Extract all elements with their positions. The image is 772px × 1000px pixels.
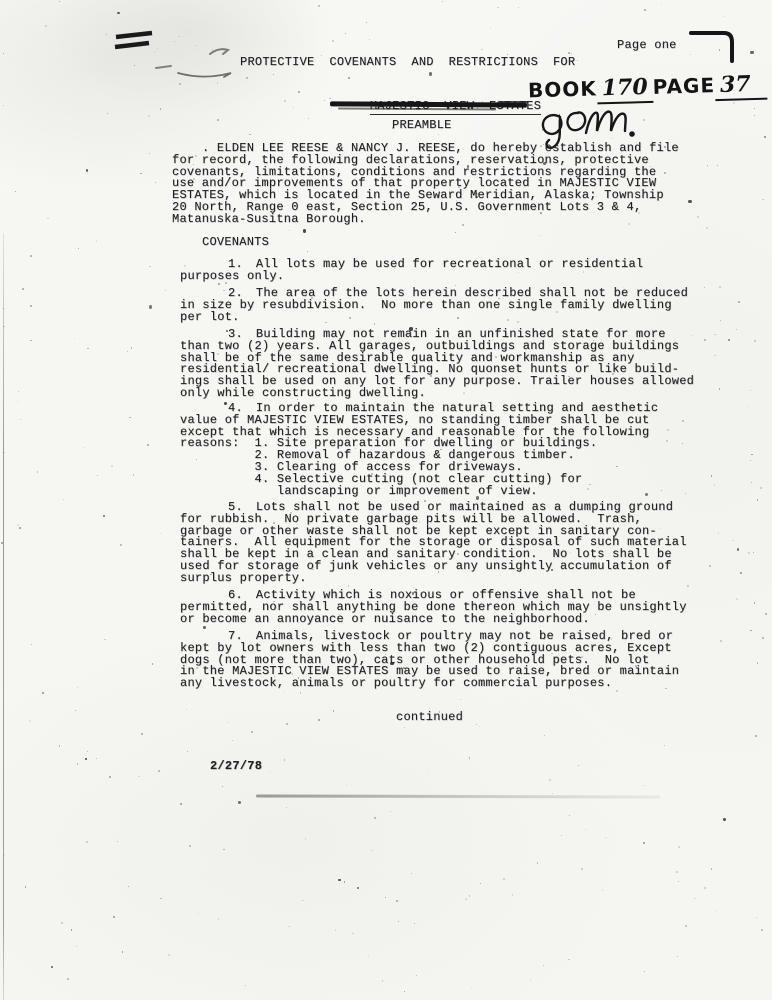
covenant-item-4: 4.In order to maintain the natural setti… [180, 403, 725, 497]
covenant-text: Activity which is noxious or offensive s… [180, 588, 687, 626]
covenants-heading: COVENANTS [202, 237, 269, 249]
covenant-text: Building may not remain in an unfinished… [180, 327, 694, 400]
book-page-stamp: BOOK170PAGE37 [528, 71, 767, 104]
covenant-item-1: 1.All lots may be used for recreational … [180, 259, 725, 283]
preamble-paragraph: . ELDEN LEE REESE & NANCY J. REESE, do h… [172, 143, 712, 226]
covenant-item-3: 3.Building may not remain in an unfinish… [180, 329, 725, 400]
corner-pen-mark [688, 24, 742, 68]
date-label: 2/27/78 [210, 761, 262, 773]
stamp-book-label: BOOK [528, 76, 597, 102]
stamp-book-value: 170 [596, 74, 653, 105]
preamble-heading: PREAMBLE [392, 120, 452, 132]
stamp-page-label: PAGE [652, 73, 715, 99]
covenant-item-2: 2.The area of the lots herein described … [180, 288, 725, 323]
covenant-text: All lots may be used for recreational or… [180, 257, 643, 283]
paper-edge-line [3, 233, 4, 1000]
covenant-text: The area of the lots herein described sh… [180, 286, 688, 324]
covenant-item-5: 5.Lots shall not be used or maintained a… [180, 502, 725, 585]
handwritten-underscore [500, 101, 528, 103]
covenant-item-7: 7.Animals, livestock or poultry may not … [180, 631, 725, 690]
document-page: Page one PROTECTIVE COVENANTS AND RESTRI… [0, 0, 772, 1000]
covenant-text: Animals, livestock or poultry may not be… [180, 629, 679, 690]
stamp-page-value: 37 [715, 71, 767, 101]
smudge-streak [256, 794, 660, 798]
covenant-item-6: 6.Activity which is noxious or offensive… [180, 590, 725, 625]
document-title: PROTECTIVE COVENANTS AND RESTRICTIONS FO… [240, 57, 575, 69]
page-number-label: Page one [617, 40, 677, 52]
continued-label: continued [396, 712, 463, 724]
covenant-text: Lots shall not be used or maintained as … [180, 500, 687, 585]
subtitle-underline-smear-2 [338, 107, 496, 110]
covenant-text: In order to maintain the natural setting… [180, 401, 658, 498]
